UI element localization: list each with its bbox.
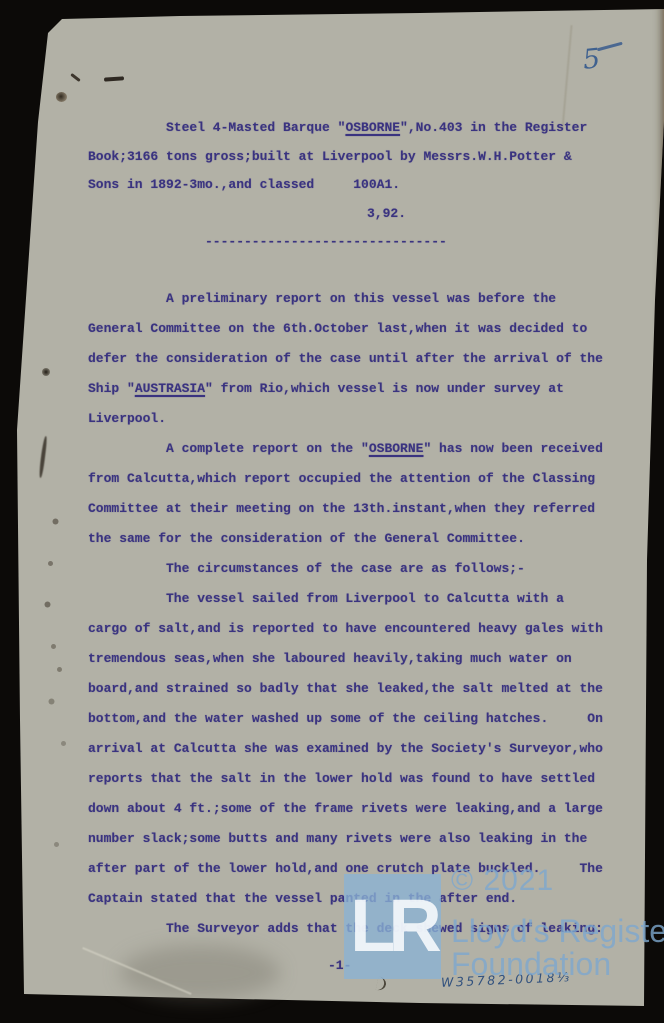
scanned-document-photo: Steel 4-Masted Barque "OSBORNE",No.403 i…	[0, 0, 664, 1023]
typewritten-line: number slack;some butts and many rivets …	[88, 824, 633, 854]
typewritten-line: The Surveyor adds that the deck shewed s…	[88, 914, 633, 944]
line-text: Captain stated that the vessel panted in…	[88, 891, 517, 906]
line-text: Liverpool.	[88, 411, 166, 426]
line-text: Sons in 1892-3mo.,and classed 100A1.	[88, 177, 400, 192]
line-text: down about 4 ft.;some of the frame rivet…	[88, 801, 603, 816]
typewritten-line: Ship "AUSTRASIA" from Rio,which vessel i…	[88, 374, 633, 404]
line-text: A complete report on the "	[166, 441, 369, 456]
line-text: defer the consideration of the case unti…	[88, 351, 603, 366]
line-text: number slack;some butts and many rivets …	[88, 831, 587, 846]
page-number: -1-	[328, 958, 351, 974]
line-text: The circumstances of the case are as fol…	[166, 561, 525, 576]
dashed-separator: -------------------------------	[88, 228, 633, 257]
typewritten-line: Sons in 1892-3mo.,and classed 100A1.	[88, 171, 633, 200]
typewritten-line: board,and strained so badly that she lea…	[88, 674, 633, 704]
line-text: ",No.403 in the Register	[400, 120, 587, 135]
typewritten-line: tremendous seas,when she laboured heavil…	[88, 644, 633, 674]
line-text: Ship "	[88, 381, 135, 396]
typewritten-line: General Committee on the 6th.October las…	[88, 314, 633, 344]
line-text: Steel 4-Masted Barque "	[166, 120, 345, 135]
typewritten-line: A preliminary report on this vessel was …	[88, 284, 633, 314]
line-text: from Calcutta,which report occupied the …	[88, 471, 595, 486]
line-text: cargo of salt,and is reported to have en…	[88, 621, 603, 636]
line-text: " from Rio,which vessel is now under sur…	[205, 381, 564, 396]
typewritten-line: defer the consideration of the case unti…	[88, 344, 633, 374]
typewritten-line: the same for the consideration of the Ge…	[88, 524, 633, 554]
ship-name-osborne: OSBORNE	[345, 120, 400, 135]
line-text: The Surveyor adds that the deck shewed s…	[166, 921, 603, 936]
line-text: General Committee on the 6th.October las…	[88, 321, 587, 336]
typewritten-line: cargo of salt,and is reported to have en…	[88, 614, 633, 644]
typewritten-line: Committee at their meeting on the 13th.i…	[88, 494, 633, 524]
typewritten-line: after part of the lower hold,and one cru…	[88, 854, 633, 884]
line-text: A preliminary report on this vessel was …	[166, 291, 556, 306]
ship-name-osborne: OSBORNE	[369, 441, 424, 456]
line-text: after part of the lower hold,and one cru…	[88, 861, 603, 876]
line-text: reports that the salt in the lower hold …	[88, 771, 595, 786]
line-text: " has now been received	[423, 441, 602, 456]
typewritten-line: A complete report on the "OSBORNE" has n…	[88, 434, 633, 464]
typewritten-line: The vessel sailed from Liverpool to Calc…	[88, 584, 633, 614]
line-text: 3,92.	[367, 206, 406, 221]
line-text: -------------------------------	[205, 234, 447, 249]
typewritten-line: down about 4 ft.;some of the frame rivet…	[88, 794, 633, 824]
typewritten-line: Book;3166 tons gross;built at Liverpool …	[88, 143, 633, 172]
ship-name-austrasia: AUSTRASIA	[135, 381, 205, 396]
line-text: Book;3166 tons gross;built at Liverpool …	[88, 149, 572, 164]
typewritten-line: The circumstances of the case are as fol…	[88, 554, 633, 584]
typewritten-line: bottom,and the water washed up some of t…	[88, 704, 633, 734]
typewritten-line: from Calcutta,which report occupied the …	[88, 464, 633, 494]
typewritten-line: Liverpool.	[88, 404, 633, 434]
typewritten-line: Captain stated that the vessel panted in…	[88, 884, 633, 914]
typewritten-line: reports that the salt in the lower hold …	[88, 764, 633, 794]
paper-specks	[0, 0, 3, 3]
document-header: Steel 4-Masted Barque "OSBORNE",No.403 i…	[88, 114, 633, 257]
line-text: The vessel sailed from Liverpool to Calc…	[166, 591, 564, 606]
typewritten-line: arrival at Calcutta she was examined by …	[88, 734, 633, 764]
line-text: arrival at Calcutta she was examined by …	[88, 741, 603, 756]
line-text: the same for the consideration of the Ge…	[88, 531, 525, 546]
line-text: board,and strained so badly that she lea…	[88, 681, 603, 696]
line-text: Committee at their meeting on the 13th.i…	[88, 501, 595, 516]
document-body: A preliminary report on this vessel was …	[88, 284, 633, 944]
class-date-line: 3,92.	[88, 200, 633, 229]
line-text: bottom,and the water washed up some of t…	[88, 711, 603, 726]
line-text: tremendous seas,when she laboured heavil…	[88, 651, 572, 666]
typewritten-line: Steel 4-Masted Barque "OSBORNE",No.403 i…	[88, 114, 633, 143]
handwritten-mark: 5	[581, 43, 601, 76]
